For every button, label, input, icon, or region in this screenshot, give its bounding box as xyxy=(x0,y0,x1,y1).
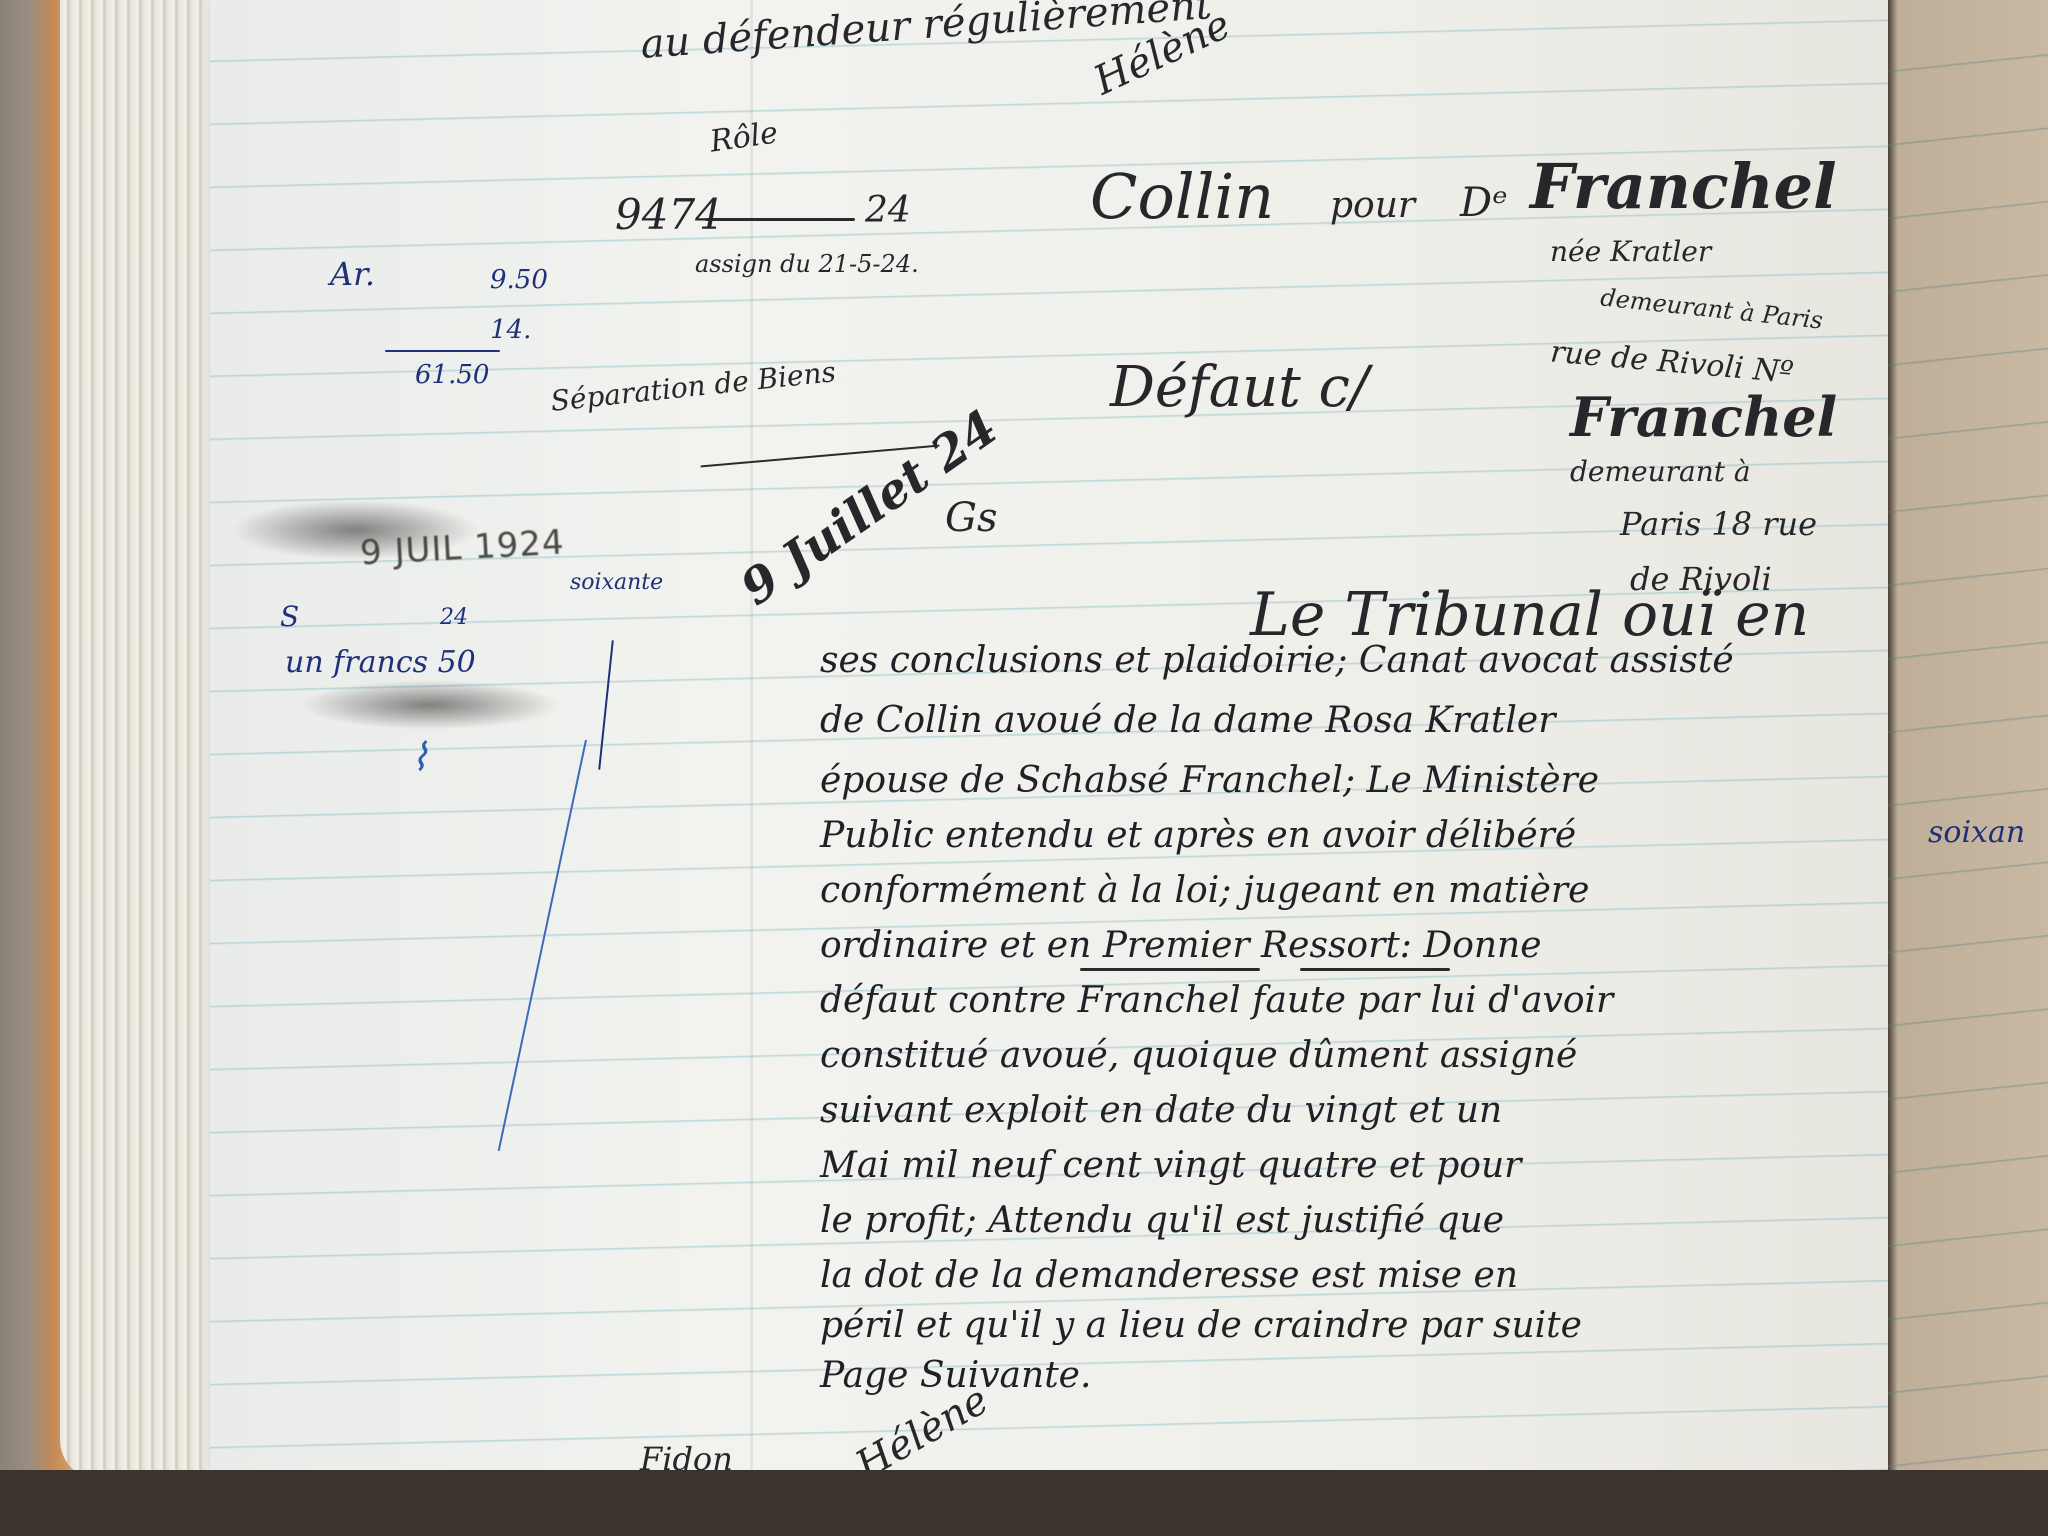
note-soixante: soixante xyxy=(570,570,663,595)
body-line: ordinaire et en Premier Ressort: Donne xyxy=(820,925,1542,966)
initials: Gs xyxy=(945,495,997,541)
body-line: de Collin avoué de la dame Rosa Kratler xyxy=(820,700,1555,741)
blue-margin-stroke xyxy=(498,740,587,1151)
year-suffix: 24 xyxy=(865,190,911,231)
body-line: Mai mil neuf cent vingt quatre et pour xyxy=(820,1145,1521,1186)
fee-2: 14. xyxy=(490,315,531,345)
body-line: épouse de Schabsé Franchel; Le Ministère xyxy=(820,760,1599,801)
body-line: le profit; Attendu qu'il est justifié qu… xyxy=(820,1200,1504,1241)
margin-bracket xyxy=(598,640,614,769)
defendant-name: Franchel xyxy=(1570,385,1837,449)
case-type: Séparation de Biens xyxy=(549,355,837,418)
premier-underline xyxy=(1080,968,1260,971)
assignation-date: assign du 21-5-24. xyxy=(695,250,919,278)
plaintiff-address-1: demeurant à Paris xyxy=(1599,283,1824,334)
initial-note: Rôle xyxy=(708,115,780,159)
body-line: péril et qu'il y a lieu de craindre par … xyxy=(820,1305,1582,1346)
body-line: conformément à la loi; jugeant en matièr… xyxy=(820,870,1589,911)
defendant-address-2: Paris 18 rue xyxy=(1620,505,1817,543)
fees-label: Ar. xyxy=(330,255,375,293)
plaintiff-address-2: rue de Rivoli Nº xyxy=(1549,334,1795,390)
note-s: S xyxy=(280,600,299,633)
note-francs: un francs 50 xyxy=(285,645,476,680)
defaut-label: Défaut c/ xyxy=(1110,355,1369,420)
register-page: au défendeur régulièrement Rôle 9474 24 … xyxy=(210,0,1890,1470)
note-24: 24 xyxy=(440,605,468,630)
attorney-name: Collin xyxy=(1090,160,1274,233)
signature-left: Fidon xyxy=(640,1440,733,1470)
plaintiff-name: Franchel xyxy=(1530,150,1837,223)
defendant-address-1: demeurant à xyxy=(1570,455,1751,488)
body-line: suivant exploit en date du vingt et un xyxy=(820,1090,1502,1131)
pour-label: pour xyxy=(1330,185,1415,226)
page-stack-edges xyxy=(60,0,222,1480)
body-line: la dot de la demanderesse est mise en xyxy=(820,1255,1518,1296)
body-line: constitué avoué, quoique dûment assigné xyxy=(820,1035,1577,1076)
register-rule xyxy=(705,218,855,221)
body-line: Public entendu et après en avoir délibér… xyxy=(820,815,1576,856)
ressort-underline xyxy=(1300,968,1450,971)
book-shadow xyxy=(0,1470,2048,1536)
facing-page: soixan xyxy=(1888,0,2048,1536)
fee-total: 61.50 xyxy=(415,360,489,390)
fee-sum-rule xyxy=(385,350,500,352)
fee-1: 9.50 xyxy=(490,265,548,295)
body-line: ses conclusions et plaidoirie; Canat avo… xyxy=(820,640,1734,681)
blue-initials: ⌇ xyxy=(410,735,429,779)
register-number: 9474 xyxy=(615,190,722,239)
stamp-smudge xyxy=(300,680,560,730)
plaintiff-title: Dᵉ xyxy=(1460,180,1508,226)
plaintiff-nee: née Kratler xyxy=(1550,235,1711,268)
right-margin-note: soixan xyxy=(1928,815,2025,850)
body-line: défaut contre Franchel faute par lui d'a… xyxy=(820,980,1613,1021)
